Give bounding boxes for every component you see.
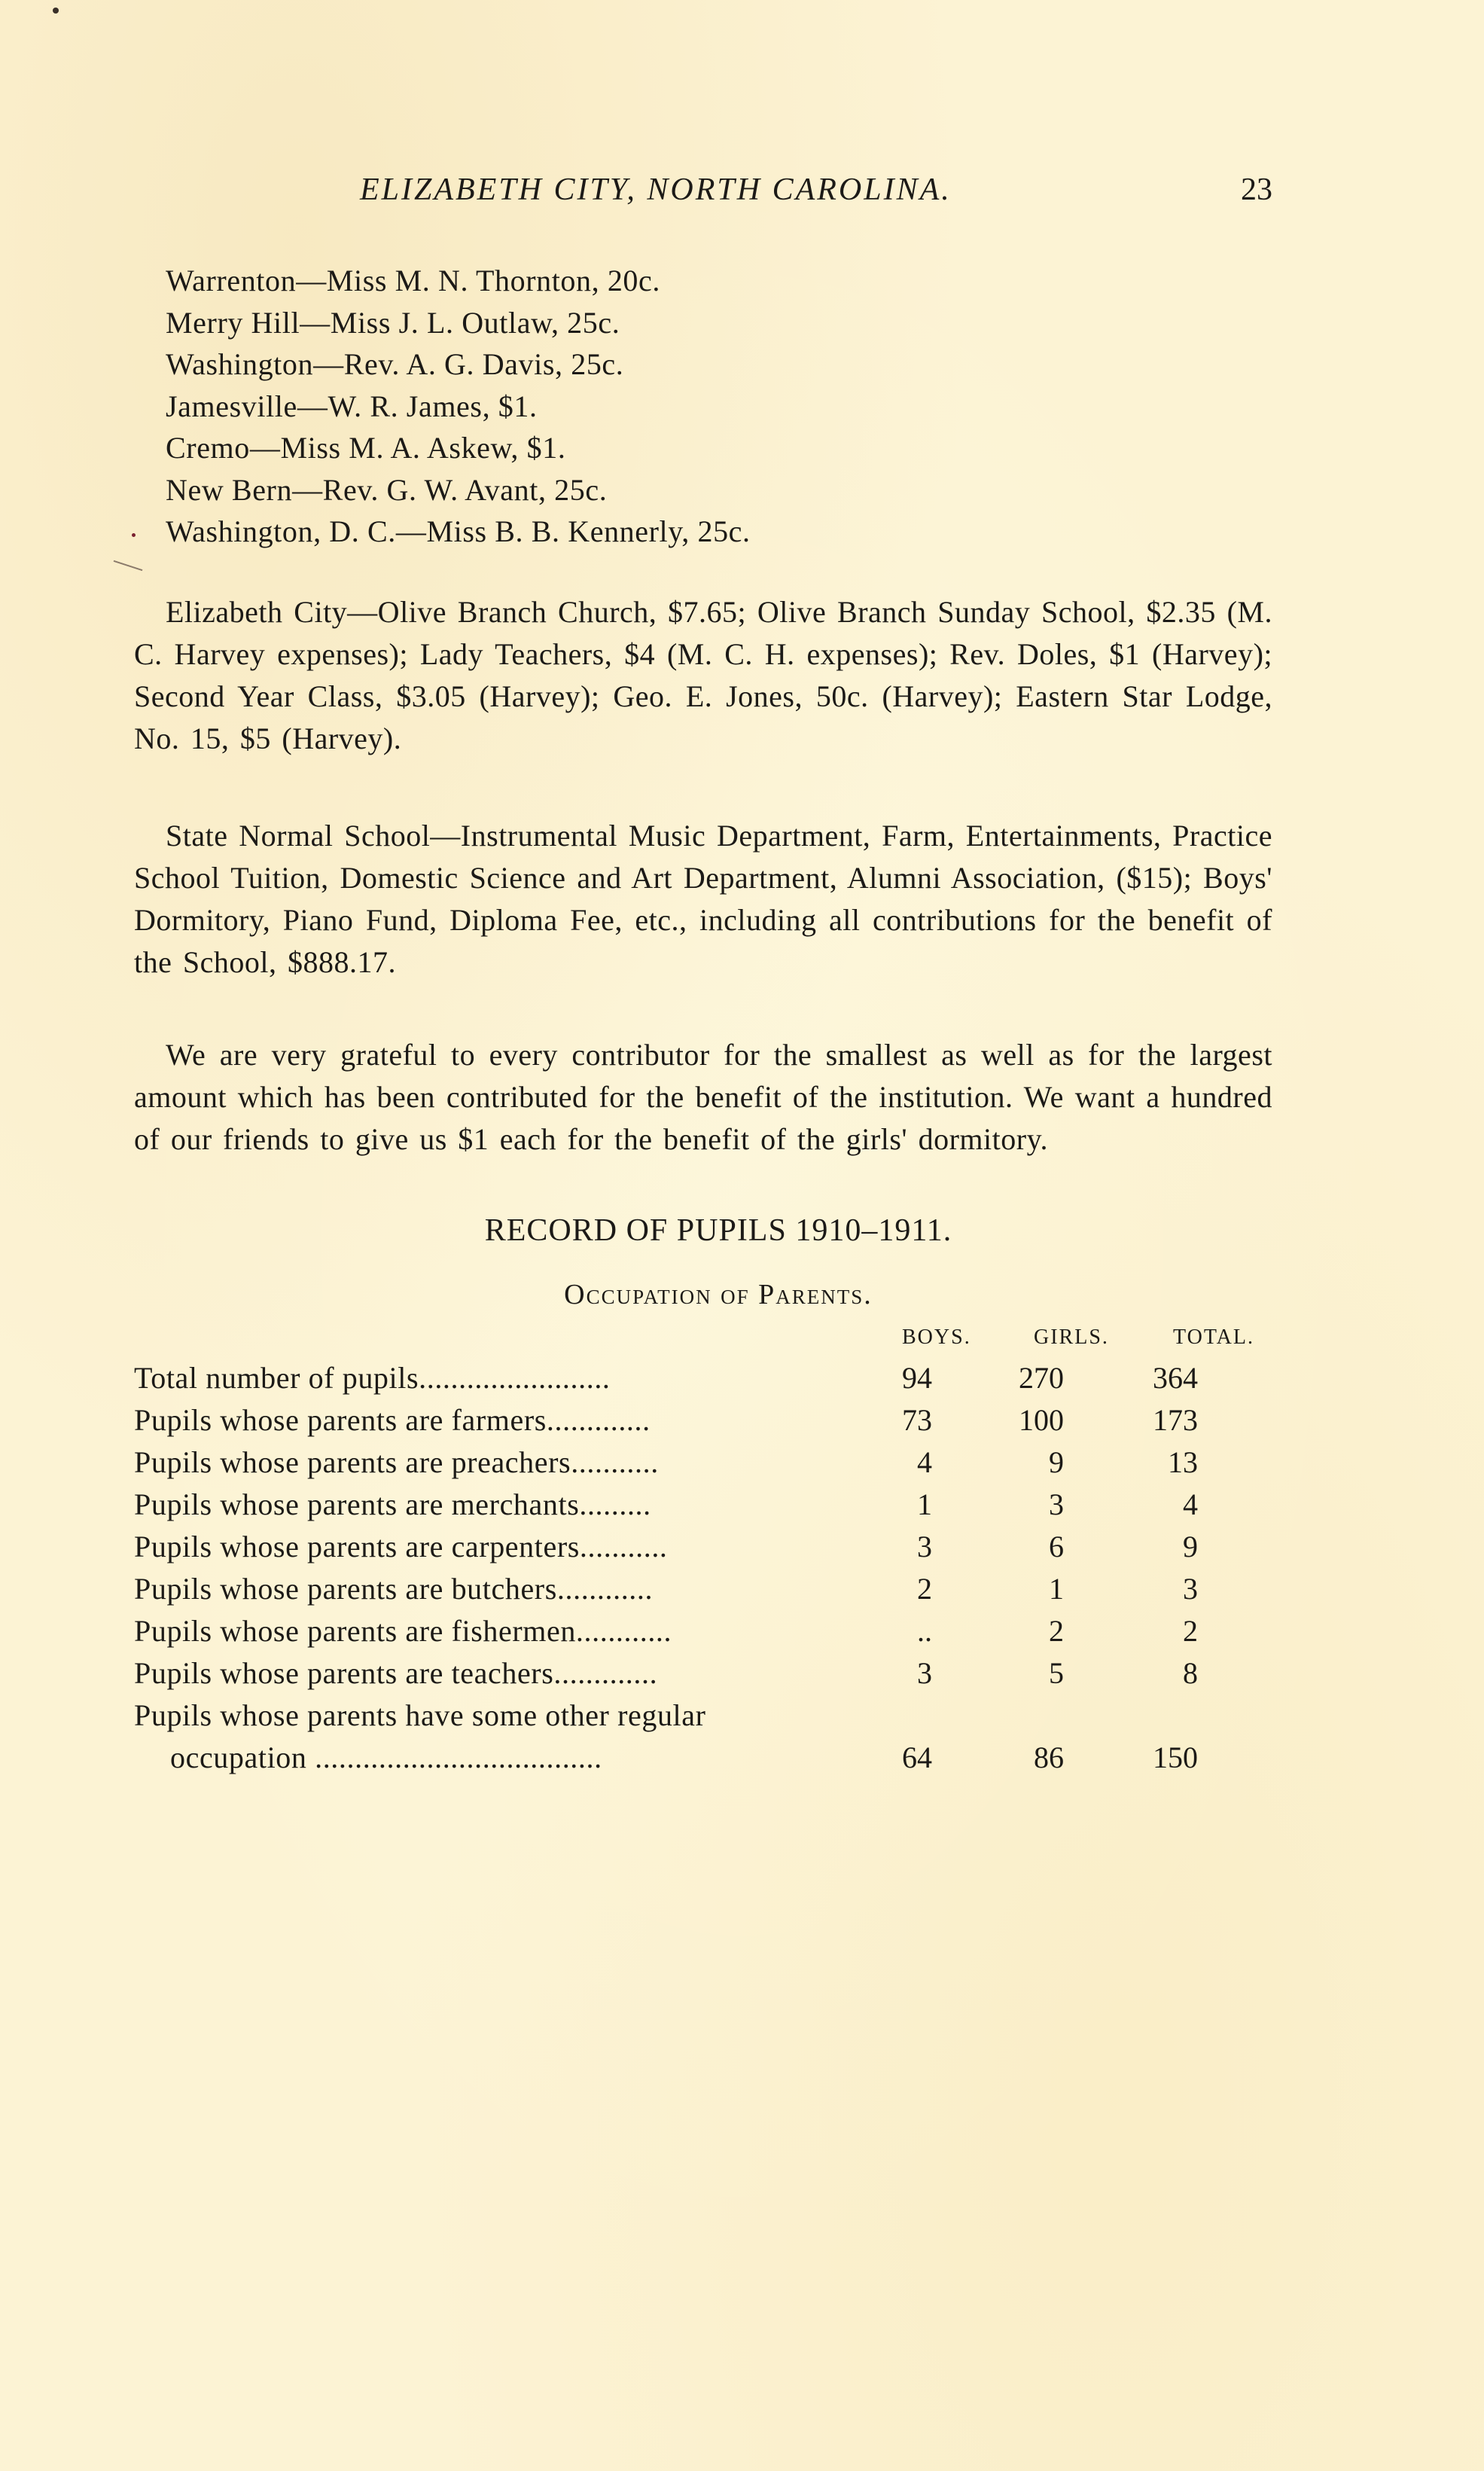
running-head-title: ELIZABETH CITY, NORTH CAROLINA. [360,172,952,208]
row-label: Total number of pupils..................… [134,1357,894,1399]
donor-entry: Cremo—Miss M. A. Askew, $1. [166,427,751,469]
boys-count: 3 [849,1652,932,1695]
row-label: Pupils whose parents are farmers........… [134,1399,894,1441]
girls-count: 3 [981,1484,1064,1526]
row-label: Pupils whose parents are butchers.......… [134,1568,894,1610]
record-title: RECORD OF PUPILS 1910–1911. [134,1213,1272,1249]
paper-speck [53,8,59,14]
boys-count: 3 [849,1526,932,1568]
donor-entry: Jamesville—W. R. James, $1. [166,386,751,428]
girls-count: 270 [981,1357,1064,1399]
boys-count: 1 [849,1484,932,1526]
boys-count: .. [849,1610,932,1652]
table-row: Pupils whose parents are teachers.......… [134,1652,1272,1695]
total-count: 4 [1115,1484,1198,1526]
table-row: Pupils whose parents are carpenters.....… [134,1526,1272,1568]
table-row: Pupils whose parents are preachers......… [134,1441,1272,1484]
total-count: 2 [1115,1610,1198,1652]
table-row: Pupils whose parents are fishermen......… [134,1610,1272,1652]
donor-entry: Washington, D. C.—Miss B. B. Kennerly, 2… [166,511,751,553]
donor-entry: Warrenton—Miss M. N. Thornton, 20c. [166,260,751,302]
total-count: 8 [1115,1652,1198,1695]
column-header-total: TOTAL. [1173,1325,1254,1350]
girls-count: 9 [981,1441,1064,1484]
row-label: Pupils whose parents have some other reg… [134,1695,894,1779]
total-count: 9 [1115,1526,1198,1568]
girls-count: 100 [981,1399,1064,1441]
girls-count: 2 [981,1610,1064,1652]
boys-count: 2 [849,1568,932,1610]
occupation-table: Total number of pupils..................… [134,1357,1272,1779]
paper-speck [132,533,136,537]
total-count: 13 [1115,1441,1198,1484]
boys-count: 64 [849,1737,932,1779]
girls-count: 5 [981,1652,1064,1695]
table-row: Pupils whose parents are butchers.......… [134,1568,1272,1610]
column-header-girls: GIRLS. [1034,1325,1109,1350]
boys-count: 4 [849,1441,932,1484]
boys-count: 94 [849,1357,932,1399]
donor-list: Warrenton—Miss M. N. Thornton, 20c. Merr… [166,260,751,553]
row-label: Pupils whose parents are preachers......… [134,1441,894,1484]
column-header-boys: BOYS. [902,1325,971,1350]
girls-count: 86 [981,1737,1064,1779]
row-label-line2: occupation .............................… [170,1740,602,1774]
total-count: 150 [1115,1737,1198,1779]
record-subtitle: Occupation of Parents. [134,1278,1272,1311]
paragraph-state-normal-school: State Normal School—Instrumental Music D… [134,815,1272,984]
boys-count: 73 [849,1399,932,1441]
row-label: Pupils whose parents are fishermen......… [134,1610,894,1652]
row-label: Pupils whose parents are merchants......… [134,1484,894,1526]
table-row: Pupils whose parents are merchants......… [134,1484,1272,1526]
row-label-line1: Pupils whose parents have some other reg… [134,1698,706,1732]
row-label: Pupils whose parents are teachers.......… [134,1652,894,1695]
paragraph-gratitude: We are very grateful to every contributo… [134,1034,1272,1161]
table-row: Total number of pupils..................… [134,1357,1272,1399]
paper-mark [114,560,143,571]
table-row-other-occupation: Pupils whose parents have some other reg… [134,1695,1272,1779]
total-count: 3 [1115,1568,1198,1610]
running-head: ELIZABETH CITY, NORTH CAROLINA. 23 [134,172,1272,217]
paragraph-elizabeth-city: Elizabeth City—Olive Branch Church, $7.6… [134,591,1272,760]
total-count: 364 [1115,1357,1198,1399]
girls-count: 1 [981,1568,1064,1610]
donor-entry: Washington—Rev. A. G. Davis, 25c. [166,343,751,386]
donor-entry: New Bern—Rev. G. W. Avant, 25c. [166,469,751,511]
donor-entry: Merry Hill—Miss J. L. Outlaw, 25c. [166,302,751,344]
table-row: Pupils whose parents are farmers........… [134,1399,1272,1441]
total-count: 173 [1115,1399,1198,1441]
page-number: 23 [1241,172,1272,208]
row-label: Pupils whose parents are carpenters.....… [134,1526,894,1568]
girls-count: 6 [981,1526,1064,1568]
